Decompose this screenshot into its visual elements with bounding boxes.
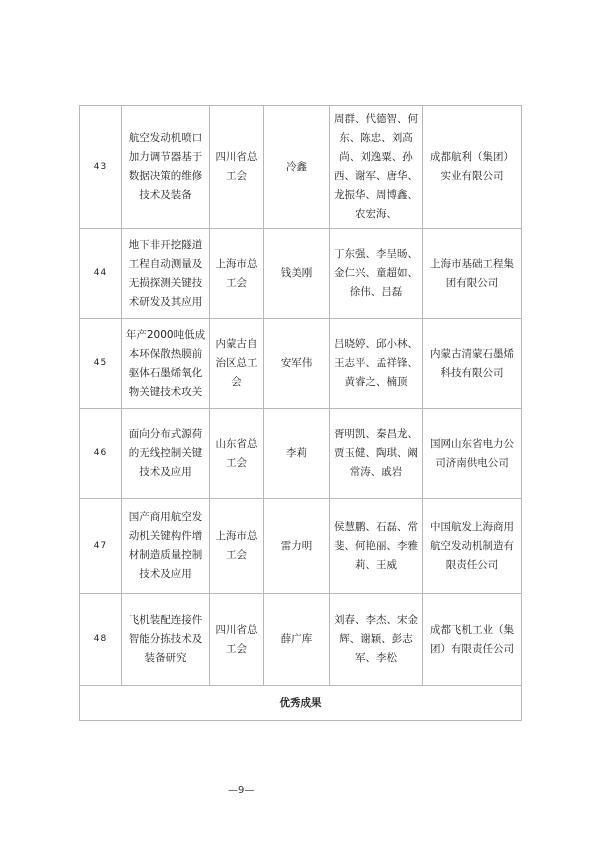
row-number: 46 — [80, 409, 122, 499]
recommending-unit: 上海市总工会 — [210, 499, 264, 594]
project-leader: 李莉 — [264, 409, 330, 499]
team-members: 刘春、李杰、宋金辉、谢颖、彭志军、李松 — [330, 594, 423, 686]
table-row: 47 国产商用航空发动机关键构件增材制造质量控制技术及应用 上海市总工会 雷力明… — [80, 499, 522, 594]
project-leader: 安军伟 — [264, 319, 330, 409]
organization: 中国航发上海商用航空发动机制造有限责任公司 — [423, 499, 522, 594]
project-name: 面向分布式源荷的无线控制关键技术及应用 — [122, 409, 210, 499]
team-members: 周群、代德智、何东、陈忠、刘高尚、刘逸粟、孙西、谢军、唐华、龙振华、周博鑫、农宏… — [330, 106, 423, 229]
project-leader: 薛广库 — [264, 594, 330, 686]
team-members: 侯慧鹏、石磊、常斐、何艳丽、李雅莉、王威 — [330, 499, 423, 594]
project-name: 国产商用航空发动机关键构件增材制造质量控制技术及应用 — [122, 499, 210, 594]
page-number: —9— — [228, 785, 254, 796]
row-number: 48 — [80, 594, 122, 686]
section-heading-row: 优秀成果 — [80, 686, 522, 721]
organization: 成都航利（集团）实业有限公司 — [423, 106, 522, 229]
organization: 上海市基础工程集团有限公司 — [423, 229, 522, 319]
section-heading: 优秀成果 — [80, 686, 522, 721]
project-name: 年产2000吨低成本环保散热膜前驱体石墨烯氧化物关键技术攻关 — [122, 319, 210, 409]
table-row: 45 年产2000吨低成本环保散热膜前驱体石墨烯氧化物关键技术攻关 内蒙古自治区… — [80, 319, 522, 409]
row-number: 47 — [80, 499, 122, 594]
recommending-unit: 四川省总工会 — [210, 594, 264, 686]
project-leader: 雷力明 — [264, 499, 330, 594]
table-row: 48 飞机装配连接件智能分拣技术及装备研究 四川省总工会 薛广库 刘春、李杰、宋… — [80, 594, 522, 686]
project-name: 飞机装配连接件智能分拣技术及装备研究 — [122, 594, 210, 686]
table-row: 43 航空发动机喷口加力调节器基于数据决策的维修技术及装备 四川省总工会 冷鑫 … — [80, 106, 522, 229]
recommending-unit: 上海市总工会 — [210, 229, 264, 319]
awards-table: 43 航空发动机喷口加力调节器基于数据决策的维修技术及装备 四川省总工会 冷鑫 … — [79, 105, 522, 721]
team-members: 吕晓婷、邱小林、王志平、孟祥锋、黄睿之、楠顶 — [330, 319, 423, 409]
recommending-unit: 四川省总工会 — [210, 106, 264, 229]
organization: 国网山东省电力公司济南供电公司 — [423, 409, 522, 499]
table-row: 44 地下非开挖隧道工程自动测量及无损探测关键技术研发及其应用 上海市总工会 钱… — [80, 229, 522, 319]
row-number: 43 — [80, 106, 122, 229]
recommending-unit: 内蒙古自治区总工会 — [210, 319, 264, 409]
table-row: 46 面向分布式源荷的无线控制关键技术及应用 山东省总工会 李莉 胥明凯、秦昌龙… — [80, 409, 522, 499]
recommending-unit: 山东省总工会 — [210, 409, 264, 499]
project-leader: 冷鑫 — [264, 106, 330, 229]
project-name: 航空发动机喷口加力调节器基于数据决策的维修技术及装备 — [122, 106, 210, 229]
team-members: 丁东强、李呈旸、金仁兴、童超如、徐伟、吕磊 — [330, 229, 423, 319]
row-number: 45 — [80, 319, 122, 409]
project-leader: 钱美刚 — [264, 229, 330, 319]
row-number: 44 — [80, 229, 122, 319]
organization: 成都飞机工业（集团）有限责任公司 — [423, 594, 522, 686]
team-members: 胥明凯、秦昌龙、贾玉健、陶琪、阚常涛、戚岩 — [330, 409, 423, 499]
organization: 内蒙古清蒙石墨烯科技有限公司 — [423, 319, 522, 409]
project-name: 地下非开挖隧道工程自动测量及无损探测关键技术研发及其应用 — [122, 229, 210, 319]
team-members-text: 周群、代德智、何东、陈忠、刘高尚、刘逸粟、孙西、谢军、唐华、龙振华、周博鑫、农宏… — [333, 110, 419, 224]
